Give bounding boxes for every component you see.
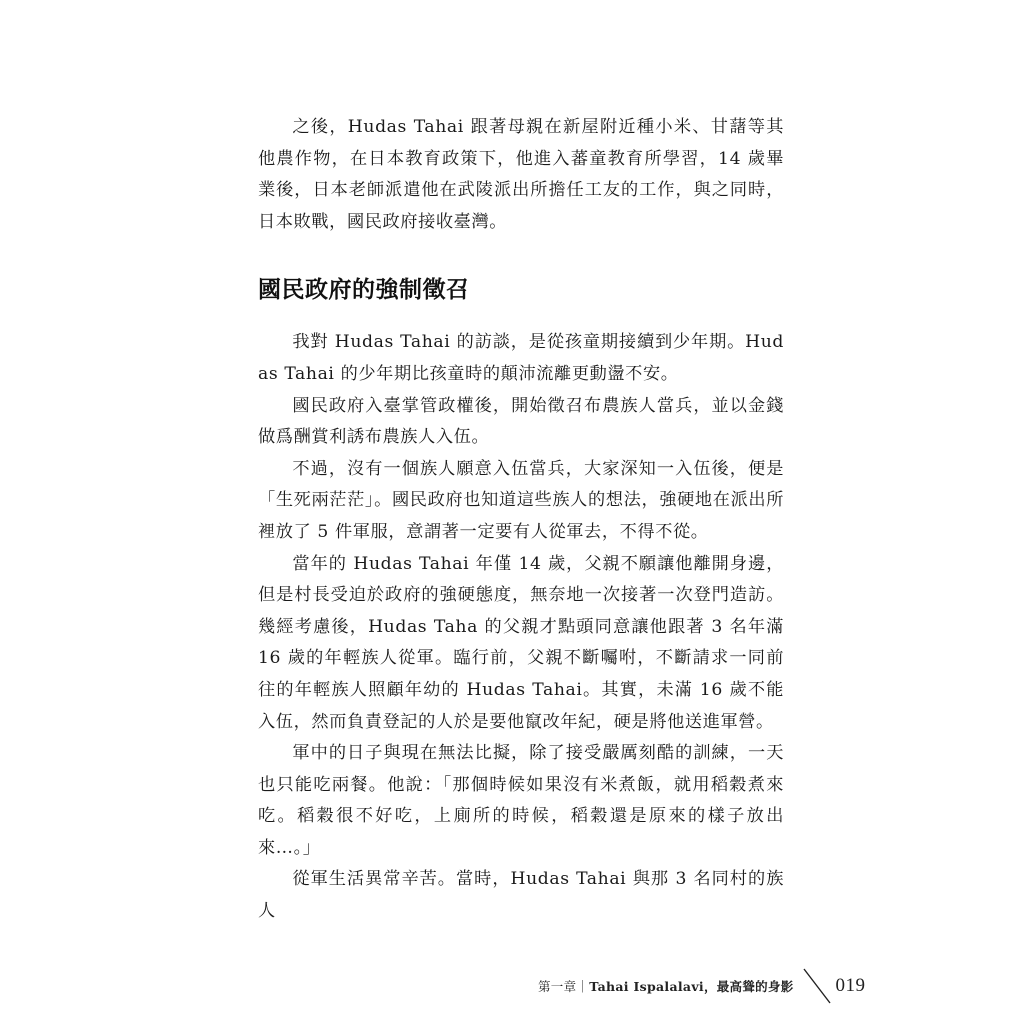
- paragraph: 不過，沒有一個族人願意入伍當兵，大家深知一入伍後，便是「生死兩茫茫」。國民政府也…: [258, 454, 784, 549]
- paragraph: 之後，Hudas Tahai 跟著母親在新屋附近種小米、甘藷等其他農作物，在日本…: [258, 112, 784, 238]
- paragraph: 國民政府入臺掌管政權後，開始徵召布農族人當兵，並以金錢做爲酬賞利誘布農族人入伍。: [258, 391, 784, 454]
- section-heading: 國民政府的強制徵召: [258, 273, 784, 307]
- chapter-title: Tahai Ispalalavi，最高聳的身影: [589, 979, 793, 994]
- chapter-number: 第一章: [538, 979, 576, 994]
- page-number: 019: [836, 975, 866, 997]
- paragraph: 當年的 Hudas Tahai 年僅 14 歲，父親不願讓他離開身邊，但是村長受…: [258, 549, 784, 739]
- paragraph: 從軍生活異常辛苦。當時，Hudas Tahai 與那 3 名同村的族人: [258, 864, 784, 927]
- diagonal-divider-icon: [802, 966, 832, 1006]
- running-footer: 第一章｜Tahai Ispalalavi，最高聳的身影 019: [538, 966, 866, 1006]
- chapter-label: 第一章｜Tahai Ispalalavi，最高聳的身影: [538, 977, 794, 995]
- paragraph: 我對 Hudas Tahai 的訪談，是從孩童期接續到少年期。Hudas Tah…: [258, 327, 784, 390]
- chapter-separator: ｜: [576, 979, 589, 994]
- paragraph: 軍中的日子與現在無法比擬，除了接受嚴厲刻酷的訓練，一天也只能吃兩餐。他說：「那個…: [258, 738, 784, 864]
- page-body: 之後，Hudas Tahai 跟著母親在新屋附近種小米、甘藷等其他農作物，在日本…: [258, 112, 784, 928]
